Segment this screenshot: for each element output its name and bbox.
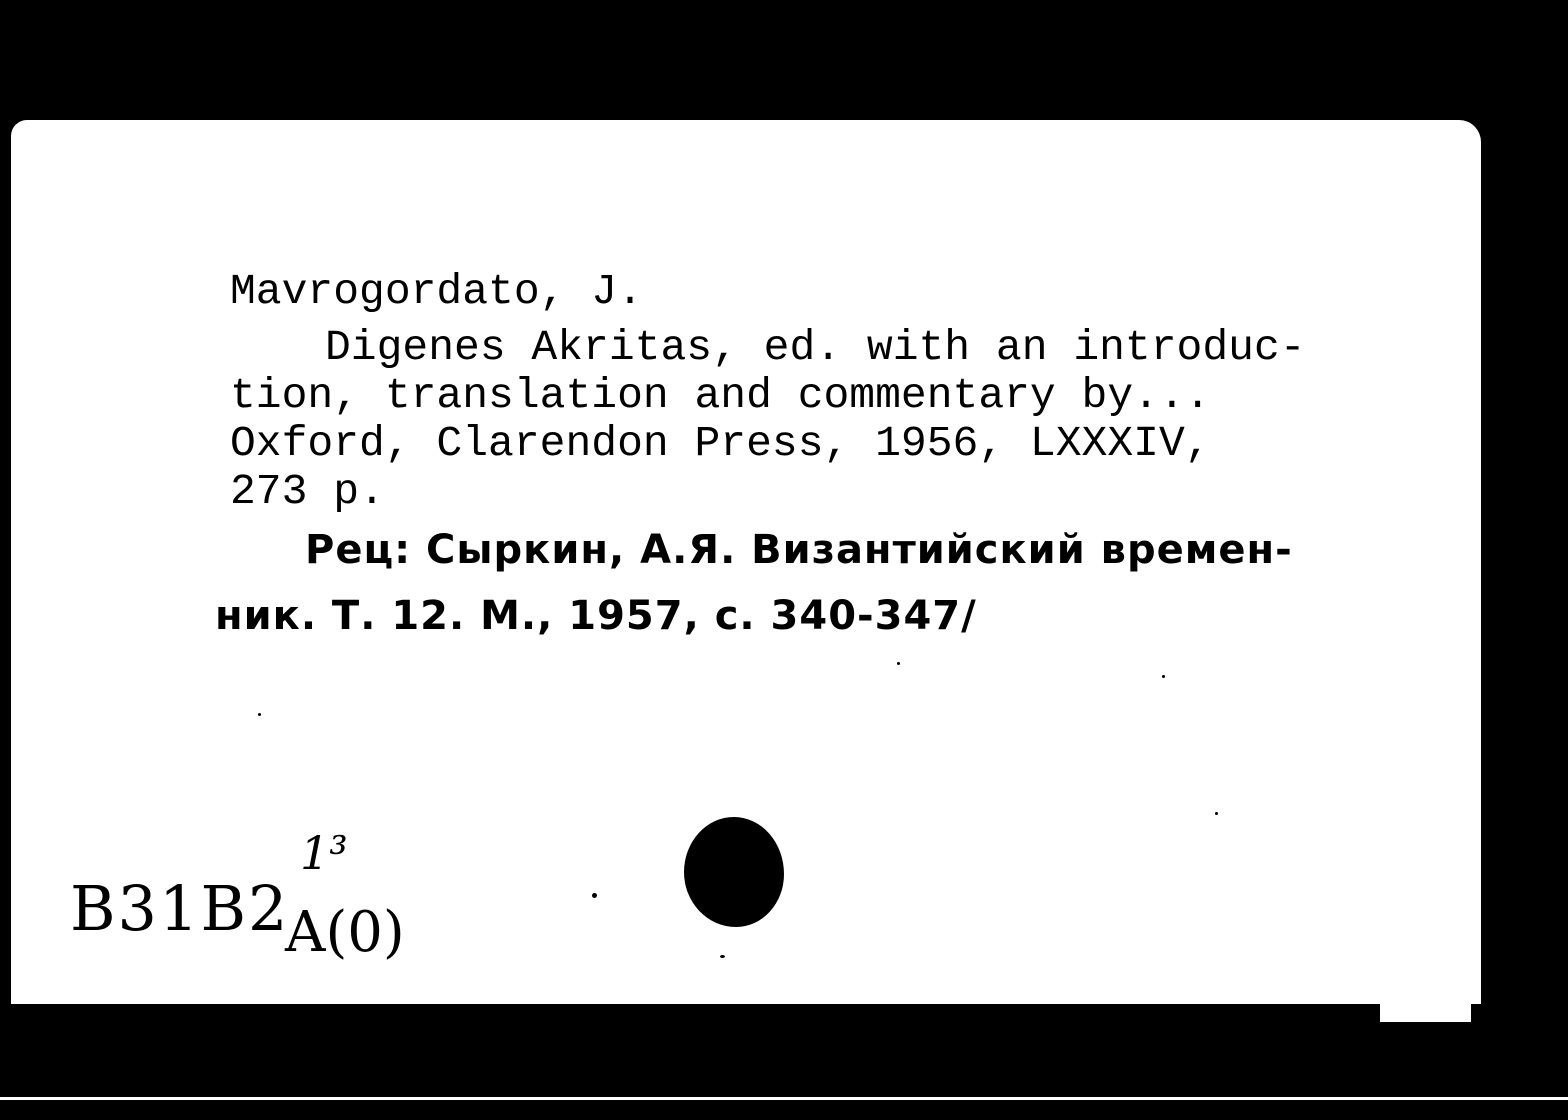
shelfmark-main: B31B2 [70, 878, 289, 940]
title-line-2: tion, translation and commentary by... [230, 374, 1211, 417]
speck [897, 662, 900, 665]
catalog-card-edge [1380, 1000, 1471, 1022]
speck [1162, 675, 1165, 678]
pagination-line: 273 p. [230, 470, 385, 513]
punch-hole [684, 817, 784, 927]
imprint-line: Oxford, Clarendon Press, 1956, LXXXIV, [230, 422, 1211, 465]
author-heading: Mavrogordato, J. [230, 270, 643, 313]
speck [258, 713, 261, 716]
speck [720, 955, 725, 958]
review-line-2: ник. Т. 12. М., 1957, с. 340-347/ [215, 596, 977, 636]
speck [1215, 812, 1218, 815]
review-line-1: Рец: Сыркин, А.Я. Византийский времен- [305, 530, 1293, 570]
title-line-1: Digenes Akritas, ed. with an introduc- [325, 326, 1306, 369]
scan-edge-line [0, 1097, 1568, 1100]
shelfmark-subscript: A(0) [285, 905, 405, 961]
shelfmark-superscript: 1³ [300, 830, 348, 876]
speck [592, 893, 597, 898]
